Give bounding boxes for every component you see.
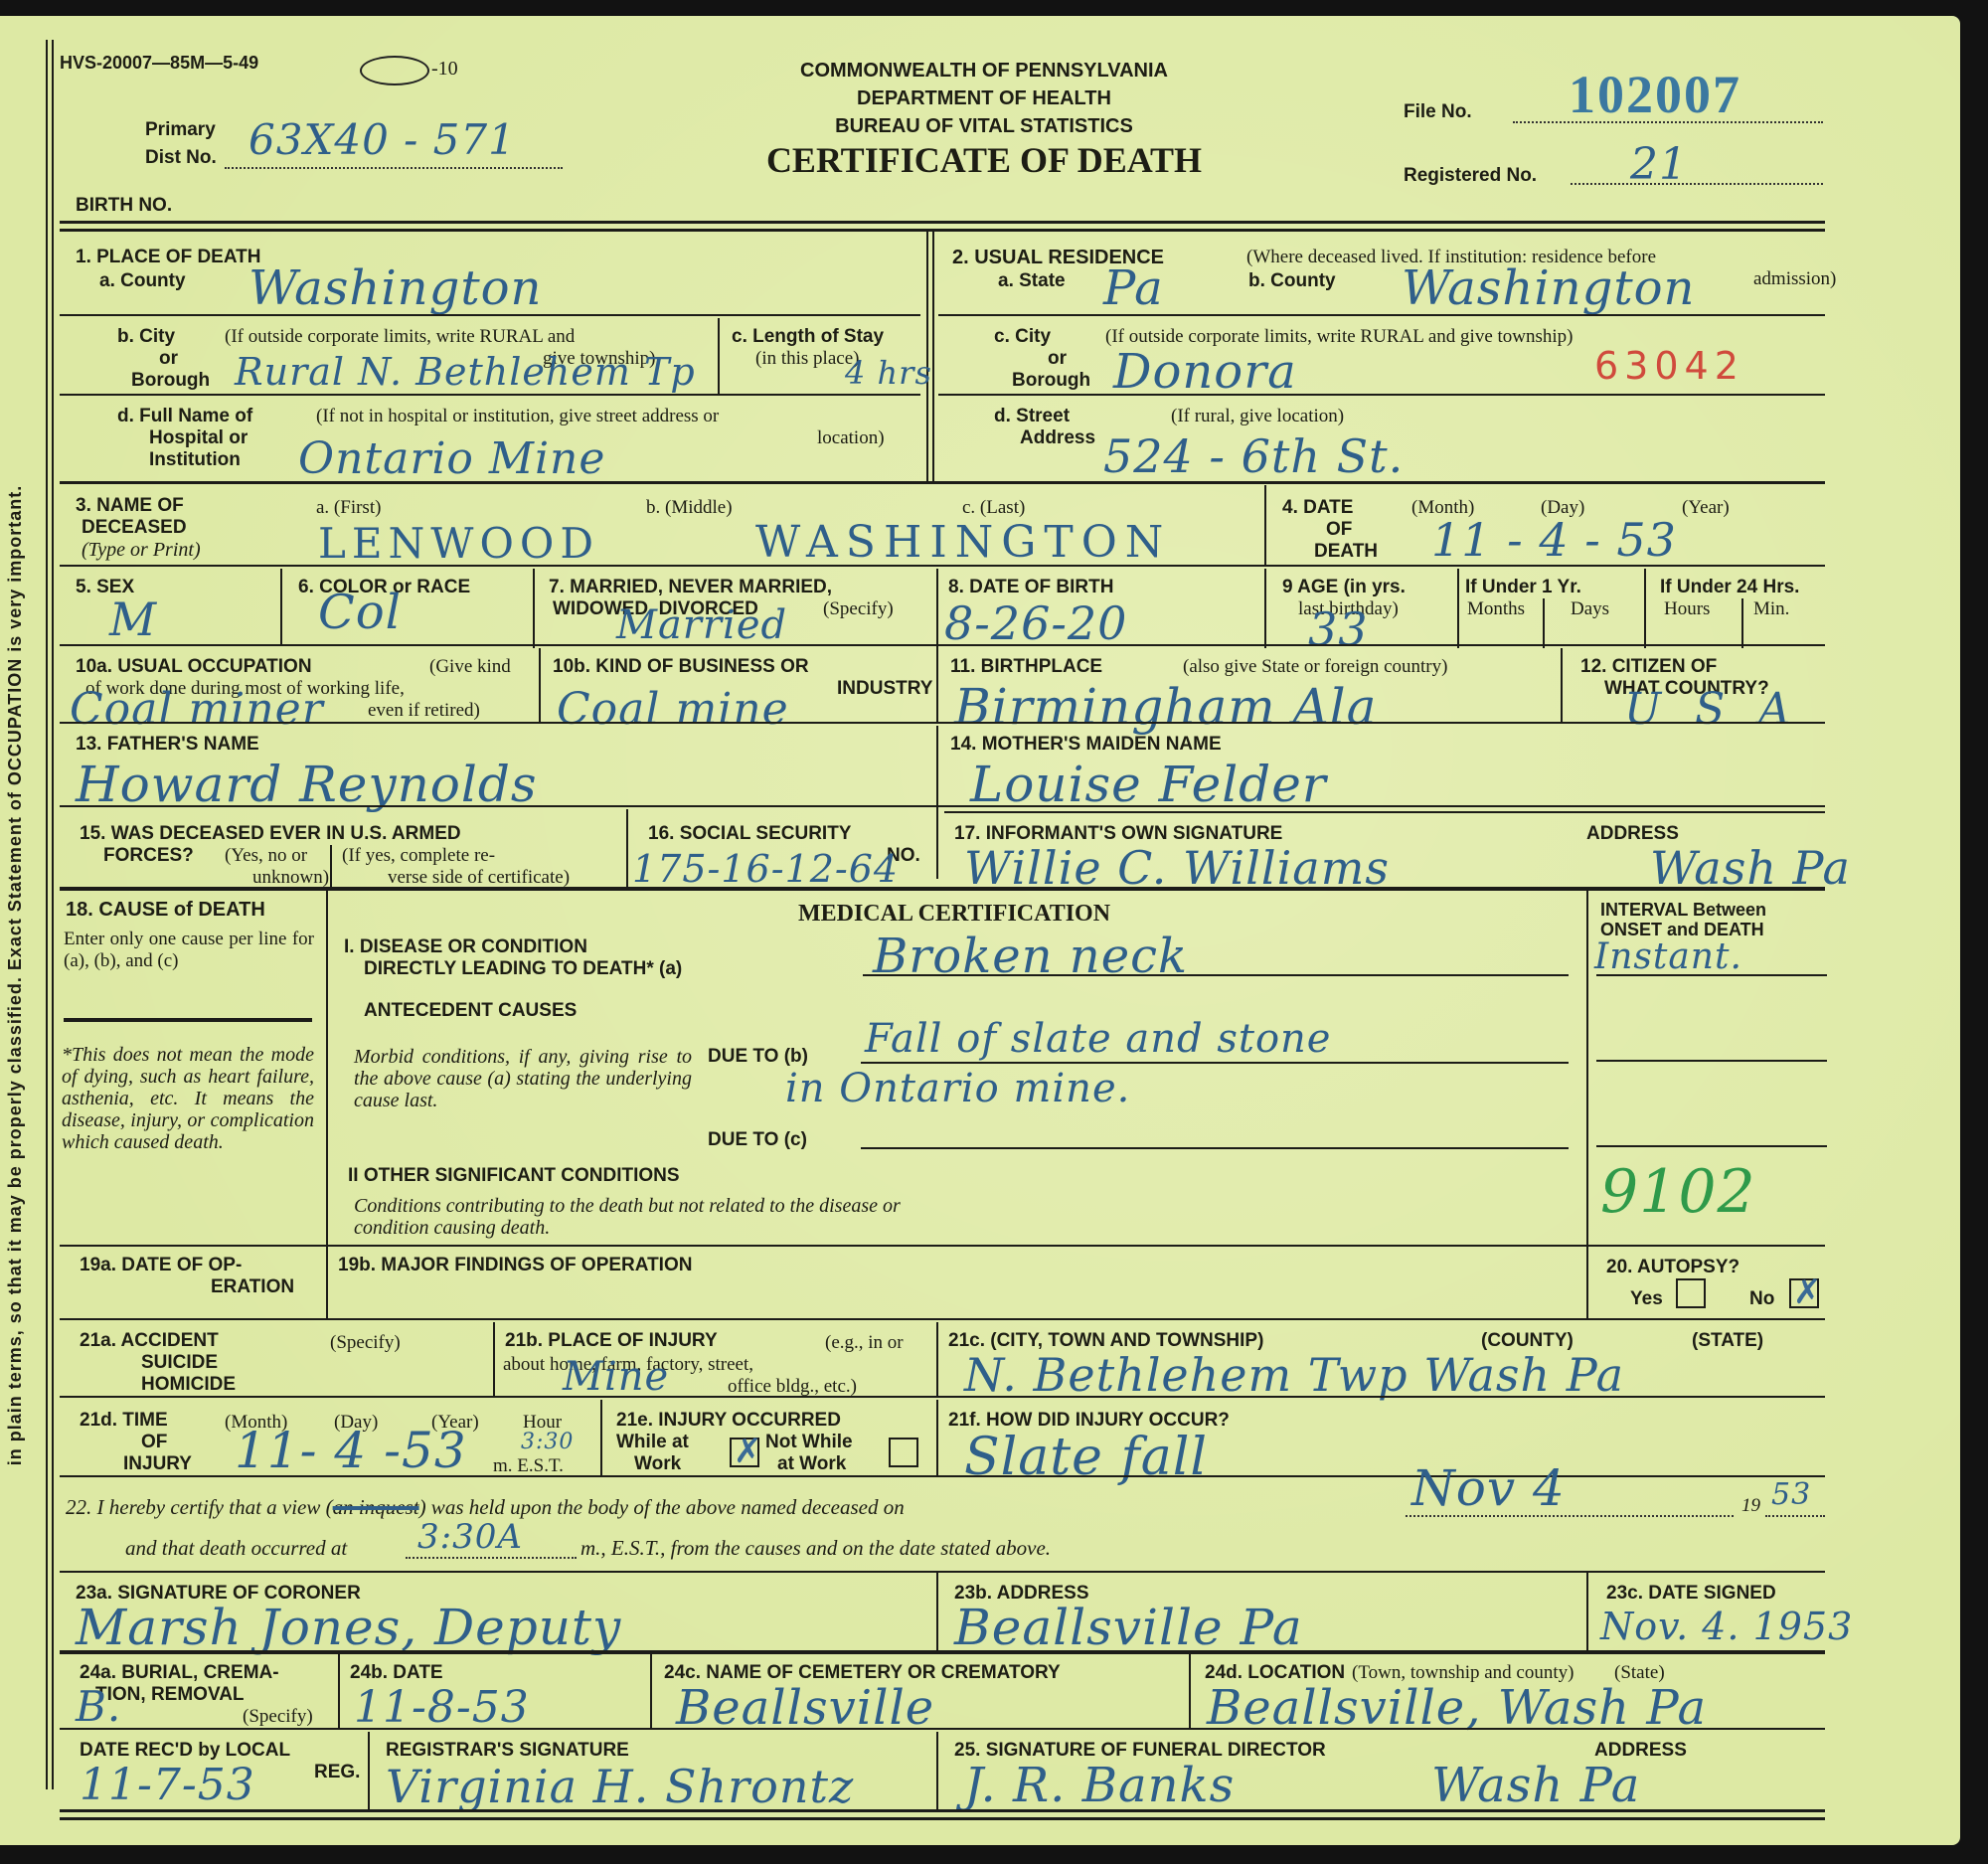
injury-occurred-label: 21e. INJURY OCCURRED <box>616 1410 841 1432</box>
how-injury-value: Slate fall <box>964 1428 1208 1487</box>
hint: verse side of certificate) <box>388 867 570 889</box>
hint: (Specify) <box>330 1332 401 1354</box>
father-label: 13. FATHER'S NAME <box>76 734 259 756</box>
residence-county-value: Washington <box>1402 260 1695 316</box>
county-label: b. County <box>1248 270 1336 292</box>
due-to-b-label: DUE TO (b) <box>708 1046 808 1068</box>
marital-label: 7. MARRIED, NEVER MARRIED, <box>549 577 832 598</box>
divider <box>938 394 1825 396</box>
dotted-line <box>1765 1515 1825 1517</box>
death-city-value: Rural N. Bethlehem Tp <box>235 350 696 394</box>
birth-no-label: BIRTH NO. <box>76 195 172 217</box>
divider <box>1457 569 1459 648</box>
business-label: 10b. KIND OF BUSINESS OR <box>553 656 809 678</box>
race-value: Col <box>318 585 402 640</box>
operation-date-label: ERATION <box>211 1276 294 1298</box>
footnote: *This does not mean the mode of dying, s… <box>62 1044 314 1153</box>
certification-line-2: and that death occurred at <box>125 1537 347 1559</box>
divider <box>1189 1654 1191 1730</box>
death-county-value: Washington <box>248 260 542 316</box>
while-at-work-label: While at <box>616 1432 689 1453</box>
not-while-at-work-label: Not While <box>765 1432 853 1453</box>
injury-time-label: OF <box>141 1432 167 1453</box>
divider <box>1644 569 1646 648</box>
divider <box>1543 598 1545 648</box>
birthplace-value: Birmingham Ala <box>954 678 1377 736</box>
page-title: CERTIFICATE OF DEATH <box>686 139 1282 181</box>
hint: (in this place) <box>755 348 859 370</box>
date-of-death-value: 11 - 4 - 53 <box>1431 513 1677 567</box>
autopsy-no-label: No <box>1749 1288 1774 1310</box>
answer-line <box>1596 974 1827 976</box>
citizen-label: 12. CITIZEN OF <box>1580 656 1717 678</box>
residence-state-value: Pa <box>1103 260 1164 316</box>
burial-type-label: 24a. BURIAL, CREMA- <box>80 1662 279 1684</box>
agency-line-2: DEPARTMENT OF HEALTH <box>686 87 1282 110</box>
agency-line-1: COMMONWEALTH OF PENNSYLVANIA <box>686 60 1282 83</box>
ssn-value: 175-16-12-64 <box>632 847 899 891</box>
agency-line-3: BUREAU OF VITAL STATISTICS <box>686 115 1282 138</box>
divider <box>944 811 1825 813</box>
cause-label: 18. CAUSE of DEATH <box>66 899 265 921</box>
hospital-label: d. Full Name of <box>117 406 252 427</box>
while-at-work-checkbox[interactable]: ✗ <box>730 1438 759 1467</box>
under-1-label: If Under 1 Yr. <box>1465 577 1581 598</box>
days-label: Days <box>1571 598 1609 620</box>
under-24-label: If Under 24 Hrs. <box>1660 577 1799 598</box>
hint: even if retired) <box>368 700 480 722</box>
divider <box>932 231 934 481</box>
divider <box>326 891 328 1249</box>
view-year-value: 53 <box>1771 1477 1811 1512</box>
hospital-label: Hospital or <box>149 427 248 449</box>
divider <box>60 565 1825 567</box>
divider <box>60 1571 1825 1573</box>
check-x-icon: ✗ <box>1793 1272 1822 1312</box>
injury-date-value: 11- 4 -53 <box>235 1422 467 1479</box>
year-label: (Year) <box>1682 497 1730 519</box>
autopsy-no-checkbox[interactable]: ✗ <box>1789 1278 1819 1308</box>
divider <box>936 726 938 879</box>
answer-line <box>1596 1145 1827 1147</box>
divider <box>718 318 720 396</box>
cause-b-value: in Ontario mine. <box>785 1066 1130 1111</box>
city-label: Borough <box>1012 370 1090 392</box>
year-prefix: 19 <box>1741 1495 1760 1517</box>
cause-a-value: Broken neck <box>873 929 1188 984</box>
divider <box>60 1809 1825 1812</box>
autopsy-yes-checkbox[interactable] <box>1676 1278 1706 1308</box>
city-label: or <box>159 348 178 370</box>
dotted-line <box>1571 183 1823 185</box>
street-label: d. Street <box>994 406 1070 427</box>
due-to-c-label: DUE TO (c) <box>708 1129 807 1151</box>
side-instruction: in plain terms, so that it may be proper… <box>5 81 35 1864</box>
stay-label: c. Length of Stay <box>732 326 884 348</box>
occupation-label: 10a. USUAL OCCUPATION <box>76 656 312 678</box>
primary-dist-value: 63X40 - 571 <box>248 115 516 164</box>
name-label: (Type or Print) <box>82 539 201 561</box>
dod-label: 4. DATE <box>1282 497 1353 519</box>
first-name-value: LENWOOD <box>318 519 599 568</box>
divider <box>60 1650 1825 1654</box>
divider <box>368 1732 370 1809</box>
disease-label: I. DISEASE OR CONDITION <box>344 936 587 958</box>
middle-label: b. (Middle) <box>646 497 733 519</box>
injury-hour-value: 3:30 <box>521 1430 574 1454</box>
hint: (e.g., in or <box>825 1332 904 1354</box>
divider <box>60 1396 1825 1398</box>
divider <box>650 1654 652 1730</box>
divider <box>60 394 920 396</box>
hospital-label: Institution <box>149 449 241 471</box>
interval-value: Instant. <box>1594 936 1742 977</box>
registrar-signature: Virginia H. Shrontz <box>386 1760 854 1813</box>
injury-time-label: INJURY <box>123 1453 192 1475</box>
cause-b-value: Fall of slate and stone <box>865 1016 1331 1062</box>
divider <box>936 1322 938 1398</box>
autopsy-label: 20. AUTOPSY? <box>1606 1257 1739 1278</box>
burial-date-value: 11-8-53 <box>354 1682 530 1733</box>
hint: location) <box>817 427 885 449</box>
last-label: c. (Last) <box>962 497 1025 519</box>
divider <box>60 1318 1825 1320</box>
date-received-label: DATE REC'D by LOCAL <box>80 1740 290 1762</box>
stay-value: 4 hrs <box>845 354 932 392</box>
divider <box>60 722 1825 724</box>
business-label: INDUSTRY <box>837 678 932 700</box>
injury-type-label: 21a. ACCIDENT <box>80 1330 219 1352</box>
file-no-stamp: 102007 <box>1569 64 1741 125</box>
hint: (Yes, no or <box>225 845 307 867</box>
divider <box>60 887 1825 891</box>
cause-hint: Enter only one cause per line for (a), (… <box>64 929 314 972</box>
name-label: 3. NAME OF <box>76 495 184 517</box>
certification-line-2: m., E.S.T., from the causes and on the d… <box>580 1537 1051 1559</box>
divider <box>64 1018 312 1022</box>
border-line <box>46 40 48 1789</box>
divider <box>60 1817 1825 1820</box>
hospital-value: Ontario Mine <box>298 433 605 484</box>
divider <box>60 221 1825 224</box>
months-label: Months <box>1467 598 1525 620</box>
last-name-value: WASHINGTON <box>755 517 1171 568</box>
occupation-value: Coal miner <box>70 684 324 735</box>
divider <box>1264 569 1266 648</box>
injury-place-value: Mine <box>563 1354 669 1400</box>
primary-dist-label: Dist No. <box>145 147 217 169</box>
dod-label: DEATH <box>1314 541 1378 563</box>
burial-date-label: 24b. DATE <box>350 1662 443 1684</box>
divider <box>330 845 332 889</box>
other-conditions-hint: Conditions contributing to the death but… <box>354 1195 980 1239</box>
divider <box>280 569 282 646</box>
other-conditions-label: II OTHER SIGNIFICANT CONDITIONS <box>348 1165 680 1187</box>
city-label: Borough <box>131 370 210 392</box>
antecedent-label: ANTECEDENT CAUSES <box>364 1000 577 1022</box>
mother-label: 14. MOTHER'S MAIDEN NAME <box>950 734 1222 756</box>
divider <box>626 809 628 889</box>
death-certificate: in plain terms, so that it may be proper… <box>0 16 1960 1845</box>
injury-type-label: SUICIDE <box>141 1352 218 1374</box>
injury-place-label: 21b. PLACE OF INJURY <box>505 1330 718 1352</box>
divider <box>493 1322 495 1398</box>
hint: admission) <box>1753 268 1836 290</box>
dotted-line <box>225 167 563 169</box>
union-label-icon <box>360 56 429 85</box>
death-time-value: 3:30A <box>417 1517 523 1557</box>
divider <box>60 1245 1825 1247</box>
divider <box>539 648 541 724</box>
divider <box>533 569 535 648</box>
armed-forces-label: 15. WAS DECEASED EVER IN U.S. ARMED <box>80 823 461 845</box>
age-value: 33 <box>1308 602 1369 656</box>
divider <box>936 1400 938 1475</box>
coroner-address-value: Beallsville Pa <box>954 1599 1303 1656</box>
divider <box>338 1654 340 1730</box>
hint: (If rural, give location) <box>1171 406 1344 427</box>
divider <box>1264 485 1266 565</box>
divider <box>1586 891 1588 1249</box>
file-no-label: File No. <box>1404 101 1472 123</box>
business-value: Coal mine <box>557 684 789 735</box>
divider <box>60 644 1825 646</box>
divider <box>938 314 1825 316</box>
answer-line <box>861 1062 1569 1064</box>
first-label: a. (First) <box>316 497 381 519</box>
divider <box>1561 648 1563 724</box>
city-label: or <box>1048 348 1067 370</box>
margin-note: Wash. Pa. <box>0 62 6 264</box>
residence-city-value: Donora <box>1113 344 1297 400</box>
while-at-work-label: Work <box>634 1453 681 1475</box>
county-label: a. County <box>99 270 186 292</box>
primary-dist-label: Primary <box>145 119 216 141</box>
citizen-value: U S A <box>1624 684 1800 735</box>
min-label: Min. <box>1753 598 1789 620</box>
registered-no-label: Registered No. <box>1404 165 1537 187</box>
funeral-address-value: Wash Pa <box>1431 1758 1640 1813</box>
registrar-signature-label: REGISTRAR'S SIGNATURE <box>386 1740 629 1762</box>
injury-state-label: (STATE) <box>1692 1330 1763 1352</box>
divider <box>1741 598 1743 648</box>
divider <box>60 805 1825 807</box>
date-signed-value: Nov. 4. 1953 <box>1600 1605 1853 1648</box>
hint: (Specify) <box>823 598 894 620</box>
date-received-value: 11-7-53 <box>80 1760 255 1810</box>
name-label: DECEASED <box>82 517 187 539</box>
border-line <box>52 40 54 1789</box>
city-code: 63042 <box>1594 344 1744 388</box>
struck-text: an inquest <box>333 1495 419 1519</box>
city-label: b. City <box>117 326 175 348</box>
morbid-hint: Morbid conditions, if any, giving rise t… <box>354 1046 692 1111</box>
injury-location-value: N. Bethlehem Twp Wash Pa <box>964 1348 1624 1402</box>
divider <box>1586 1249 1588 1318</box>
hint: (also give State or foreign country) <box>1183 656 1447 678</box>
divider <box>936 1573 938 1650</box>
residence-street-value: 524 - 6th St. <box>1103 429 1404 483</box>
hint: (If not in hospital or institution, give… <box>316 406 719 427</box>
hint: office bldg., etc.) <box>728 1376 857 1398</box>
marital-status-value: Married <box>616 602 787 648</box>
interval-label: INTERVAL Between <box>1600 899 1766 921</box>
medical-section-title: MEDICAL CERTIFICATION <box>686 901 1223 928</box>
registered-no-value: 21 <box>1630 139 1688 190</box>
divider <box>60 481 1825 484</box>
injury-time-label: 21d. TIME <box>80 1410 168 1432</box>
divider <box>936 569 938 648</box>
answer-line <box>1596 1060 1827 1062</box>
hint: (Give kind <box>429 656 511 678</box>
city-label: c. City <box>994 326 1051 348</box>
check-x-icon: ✗ <box>734 1432 762 1471</box>
date-of-birth-value: 8-26-20 <box>944 596 1127 650</box>
answer-line <box>861 1147 1569 1149</box>
sex-value: M <box>109 593 157 646</box>
street-label: Address <box>1020 427 1095 449</box>
not-while-at-work-checkbox[interactable] <box>889 1438 918 1467</box>
date-received-label: REG. <box>314 1762 360 1783</box>
birthplace-label: 11. BIRTHPLACE <box>950 656 1102 678</box>
divider <box>326 1249 328 1318</box>
hint: unknown) <box>252 867 329 889</box>
divider <box>936 648 938 724</box>
coroner-signature: Marsh Jones, Deputy <box>76 1599 621 1656</box>
operation-date-label: 19a. DATE OF OP- <box>80 1255 242 1276</box>
hint: (If yes, complete re- <box>342 845 495 867</box>
hours-label: Hours <box>1664 598 1710 620</box>
divider <box>60 314 920 316</box>
divider <box>1586 1573 1588 1650</box>
disease-label: DIRECTLY LEADING TO DEATH* (a) <box>364 958 682 980</box>
autopsy-yes-label: Yes <box>1630 1288 1663 1310</box>
injury-type-label: HOMICIDE <box>141 1374 236 1396</box>
dotted-line <box>406 1557 577 1559</box>
divider <box>600 1400 602 1475</box>
view-date-value: Nov 4 <box>1411 1459 1566 1517</box>
burial-type-value: B. <box>76 1682 121 1731</box>
form-code: HVS-20007—85M—5-49 <box>60 52 258 74</box>
not-while-at-work-label: at Work <box>777 1453 846 1475</box>
coding-mark: 9102 <box>1600 1157 1756 1227</box>
divider <box>60 229 1825 232</box>
armed-forces-label: FORCES? <box>103 845 194 867</box>
hint: (If outside corporate limits, write RURA… <box>225 326 575 348</box>
funeral-director-signature: J. R. Banks <box>964 1758 1235 1813</box>
dob-label: 8. DATE OF BIRTH <box>948 577 1113 598</box>
place-of-death-label: 1. PLACE OF DEATH <box>76 247 261 268</box>
union-label-suffix: -10 <box>431 58 458 80</box>
est-label: m. E.S.T. <box>493 1455 564 1477</box>
hint: (Specify) <box>243 1706 313 1728</box>
operation-findings-label: 19b. MAJOR FINDINGS OF OPERATION <box>338 1255 692 1276</box>
ssn-label: 16. SOCIAL SECURITY <box>648 823 851 845</box>
divider <box>60 1728 1825 1730</box>
divider <box>936 1732 938 1809</box>
date-signed-label: 23c. DATE SIGNED <box>1606 1583 1776 1605</box>
age-label: 9 AGE (in yrs. <box>1282 577 1406 598</box>
state-label: a. State <box>998 270 1066 292</box>
dod-label: OF <box>1326 519 1352 541</box>
